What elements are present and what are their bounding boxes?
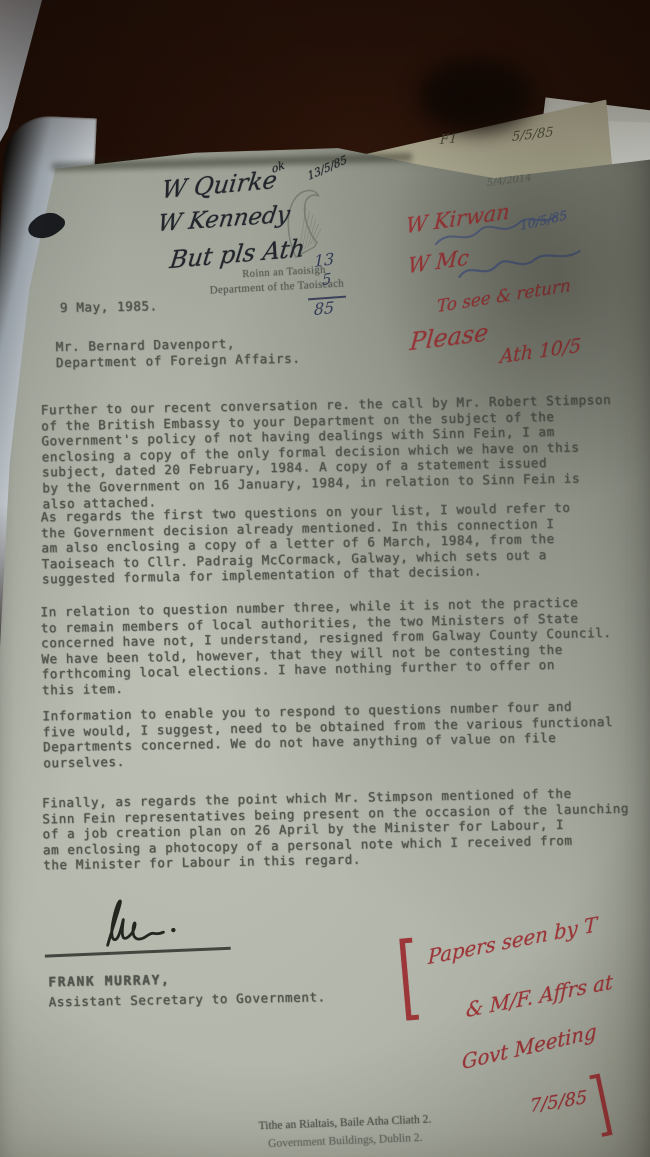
- letter-paragraph: Finally, as regards the point which Mr. …: [42, 785, 630, 874]
- handwritten-date-fraction-year: 85: [314, 298, 335, 319]
- handwritten-date-fraction-day: 13: [314, 249, 334, 271]
- out-of-focus-shadow: [418, 58, 534, 132]
- letter-paper: Roinn an Taoisigh Department of the Taoi…: [0, 0, 650, 1157]
- recipient-department: Department of Foreign Affairs.: [56, 351, 301, 371]
- letter-paragraph: As regards the first two questions on yo…: [41, 500, 572, 588]
- letter-paragraph: In relation to question number three, wh…: [40, 594, 612, 698]
- signatory-name: FRANK MURRAY,: [48, 973, 170, 991]
- handwritten-note-backsheet-prefix: F1: [439, 131, 457, 148]
- letter-date: 9 May, 1985.: [60, 298, 158, 315]
- letter-paragraph: Information to enable you to respond to …: [42, 698, 613, 771]
- photographed-letter: F1 5/5/85 Roinn an Taoisigh Department o…: [0, 0, 650, 1157]
- letter-paragraph: Further to our recent conversation re. t…: [41, 392, 613, 512]
- signatory-title: Assistant Secretary to Government.: [49, 989, 326, 1010]
- handwritten-date-fraction-month: 5: [322, 270, 331, 290]
